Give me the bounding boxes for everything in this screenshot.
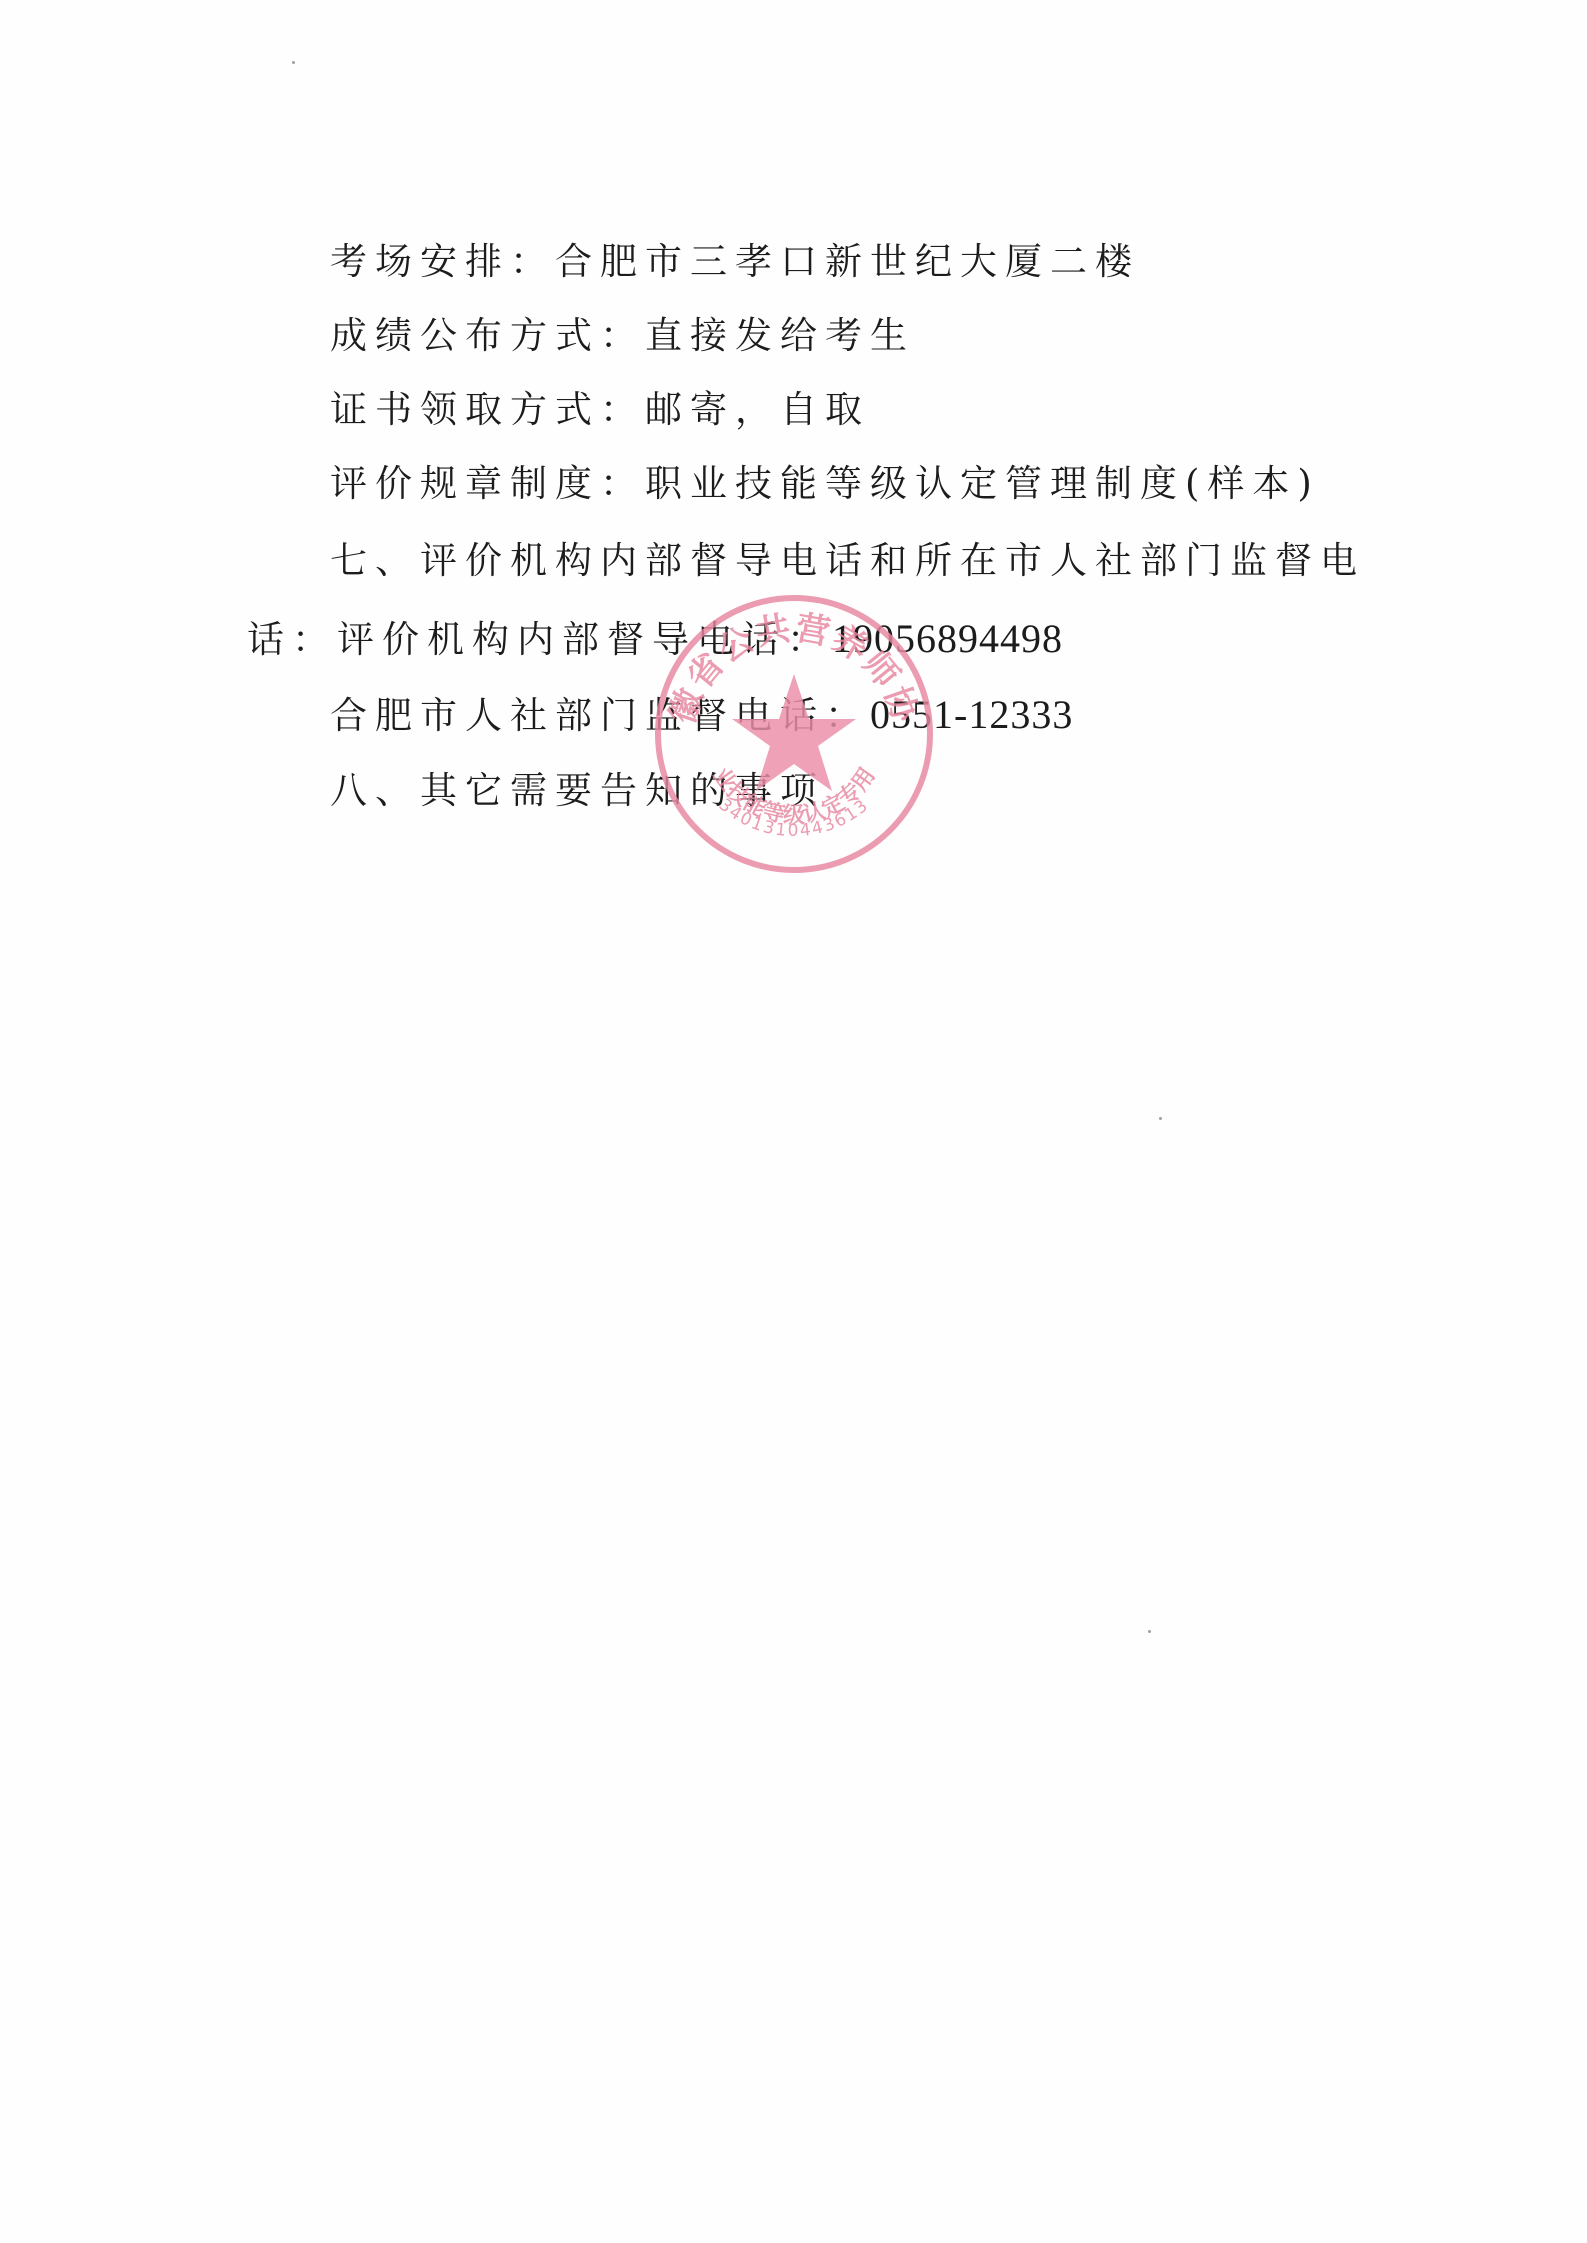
section-seven-heading: 七、评价机构内部督导电话和所在市人社部门监督电 bbox=[330, 539, 1365, 583]
internal-supervision-phone-value: 19056894498 bbox=[832, 616, 1063, 661]
city-supervision-phone-label: 合肥市人社部门监督电话： bbox=[330, 694, 870, 737]
section-seven-text: 七、评价机构内部督导电话和所在市人社部门监督电 bbox=[330, 539, 1365, 582]
score-release-value: 直接发给考生 bbox=[645, 314, 915, 357]
city-supervision-phone-value: 0551-12333 bbox=[870, 692, 1073, 737]
score-release-line: 成绩公布方式：直接发给考生 bbox=[330, 314, 915, 358]
section-eight-text: 八、其它需要告知的事项 bbox=[330, 769, 825, 812]
evaluation-rules-value: 职业技能等级认定管理制度(样本) bbox=[645, 462, 1320, 505]
document-page: 考场安排：合肥市三孝口新世纪大厦二楼 成绩公布方式：直接发给考生 证书领取方式：… bbox=[0, 0, 1587, 2243]
certificate-collection-value: 邮寄，自取 bbox=[645, 388, 870, 431]
certificate-collection-label: 证书领取方式： bbox=[330, 388, 645, 431]
internal-supervision-phone-label: 话：评价机构内部督导电话： bbox=[247, 618, 832, 661]
scan-speck bbox=[1159, 1117, 1162, 1120]
internal-supervision-phone-line: 话：评价机构内部督导电话：19056894498 bbox=[247, 617, 1063, 662]
evaluation-rules-label: 评价规章制度： bbox=[330, 462, 645, 505]
score-release-label: 成绩公布方式： bbox=[330, 314, 645, 357]
scan-speck bbox=[292, 61, 295, 64]
exam-venue-value: 合肥市三孝口新世纪大厦二楼 bbox=[555, 240, 1140, 283]
certificate-collection-line: 证书领取方式：邮寄，自取 bbox=[330, 388, 870, 432]
scan-speck bbox=[1148, 1630, 1151, 1633]
section-eight-heading: 八、其它需要告知的事项 bbox=[330, 769, 825, 813]
exam-venue-line: 考场安排：合肥市三孝口新世纪大厦二楼 bbox=[330, 240, 1140, 284]
evaluation-rules-line: 评价规章制度：职业技能等级认定管理制度(样本) bbox=[330, 462, 1320, 506]
exam-venue-label: 考场安排： bbox=[330, 240, 555, 283]
city-supervision-phone-line: 合肥市人社部门监督电话：0551-12333 bbox=[330, 693, 1073, 738]
